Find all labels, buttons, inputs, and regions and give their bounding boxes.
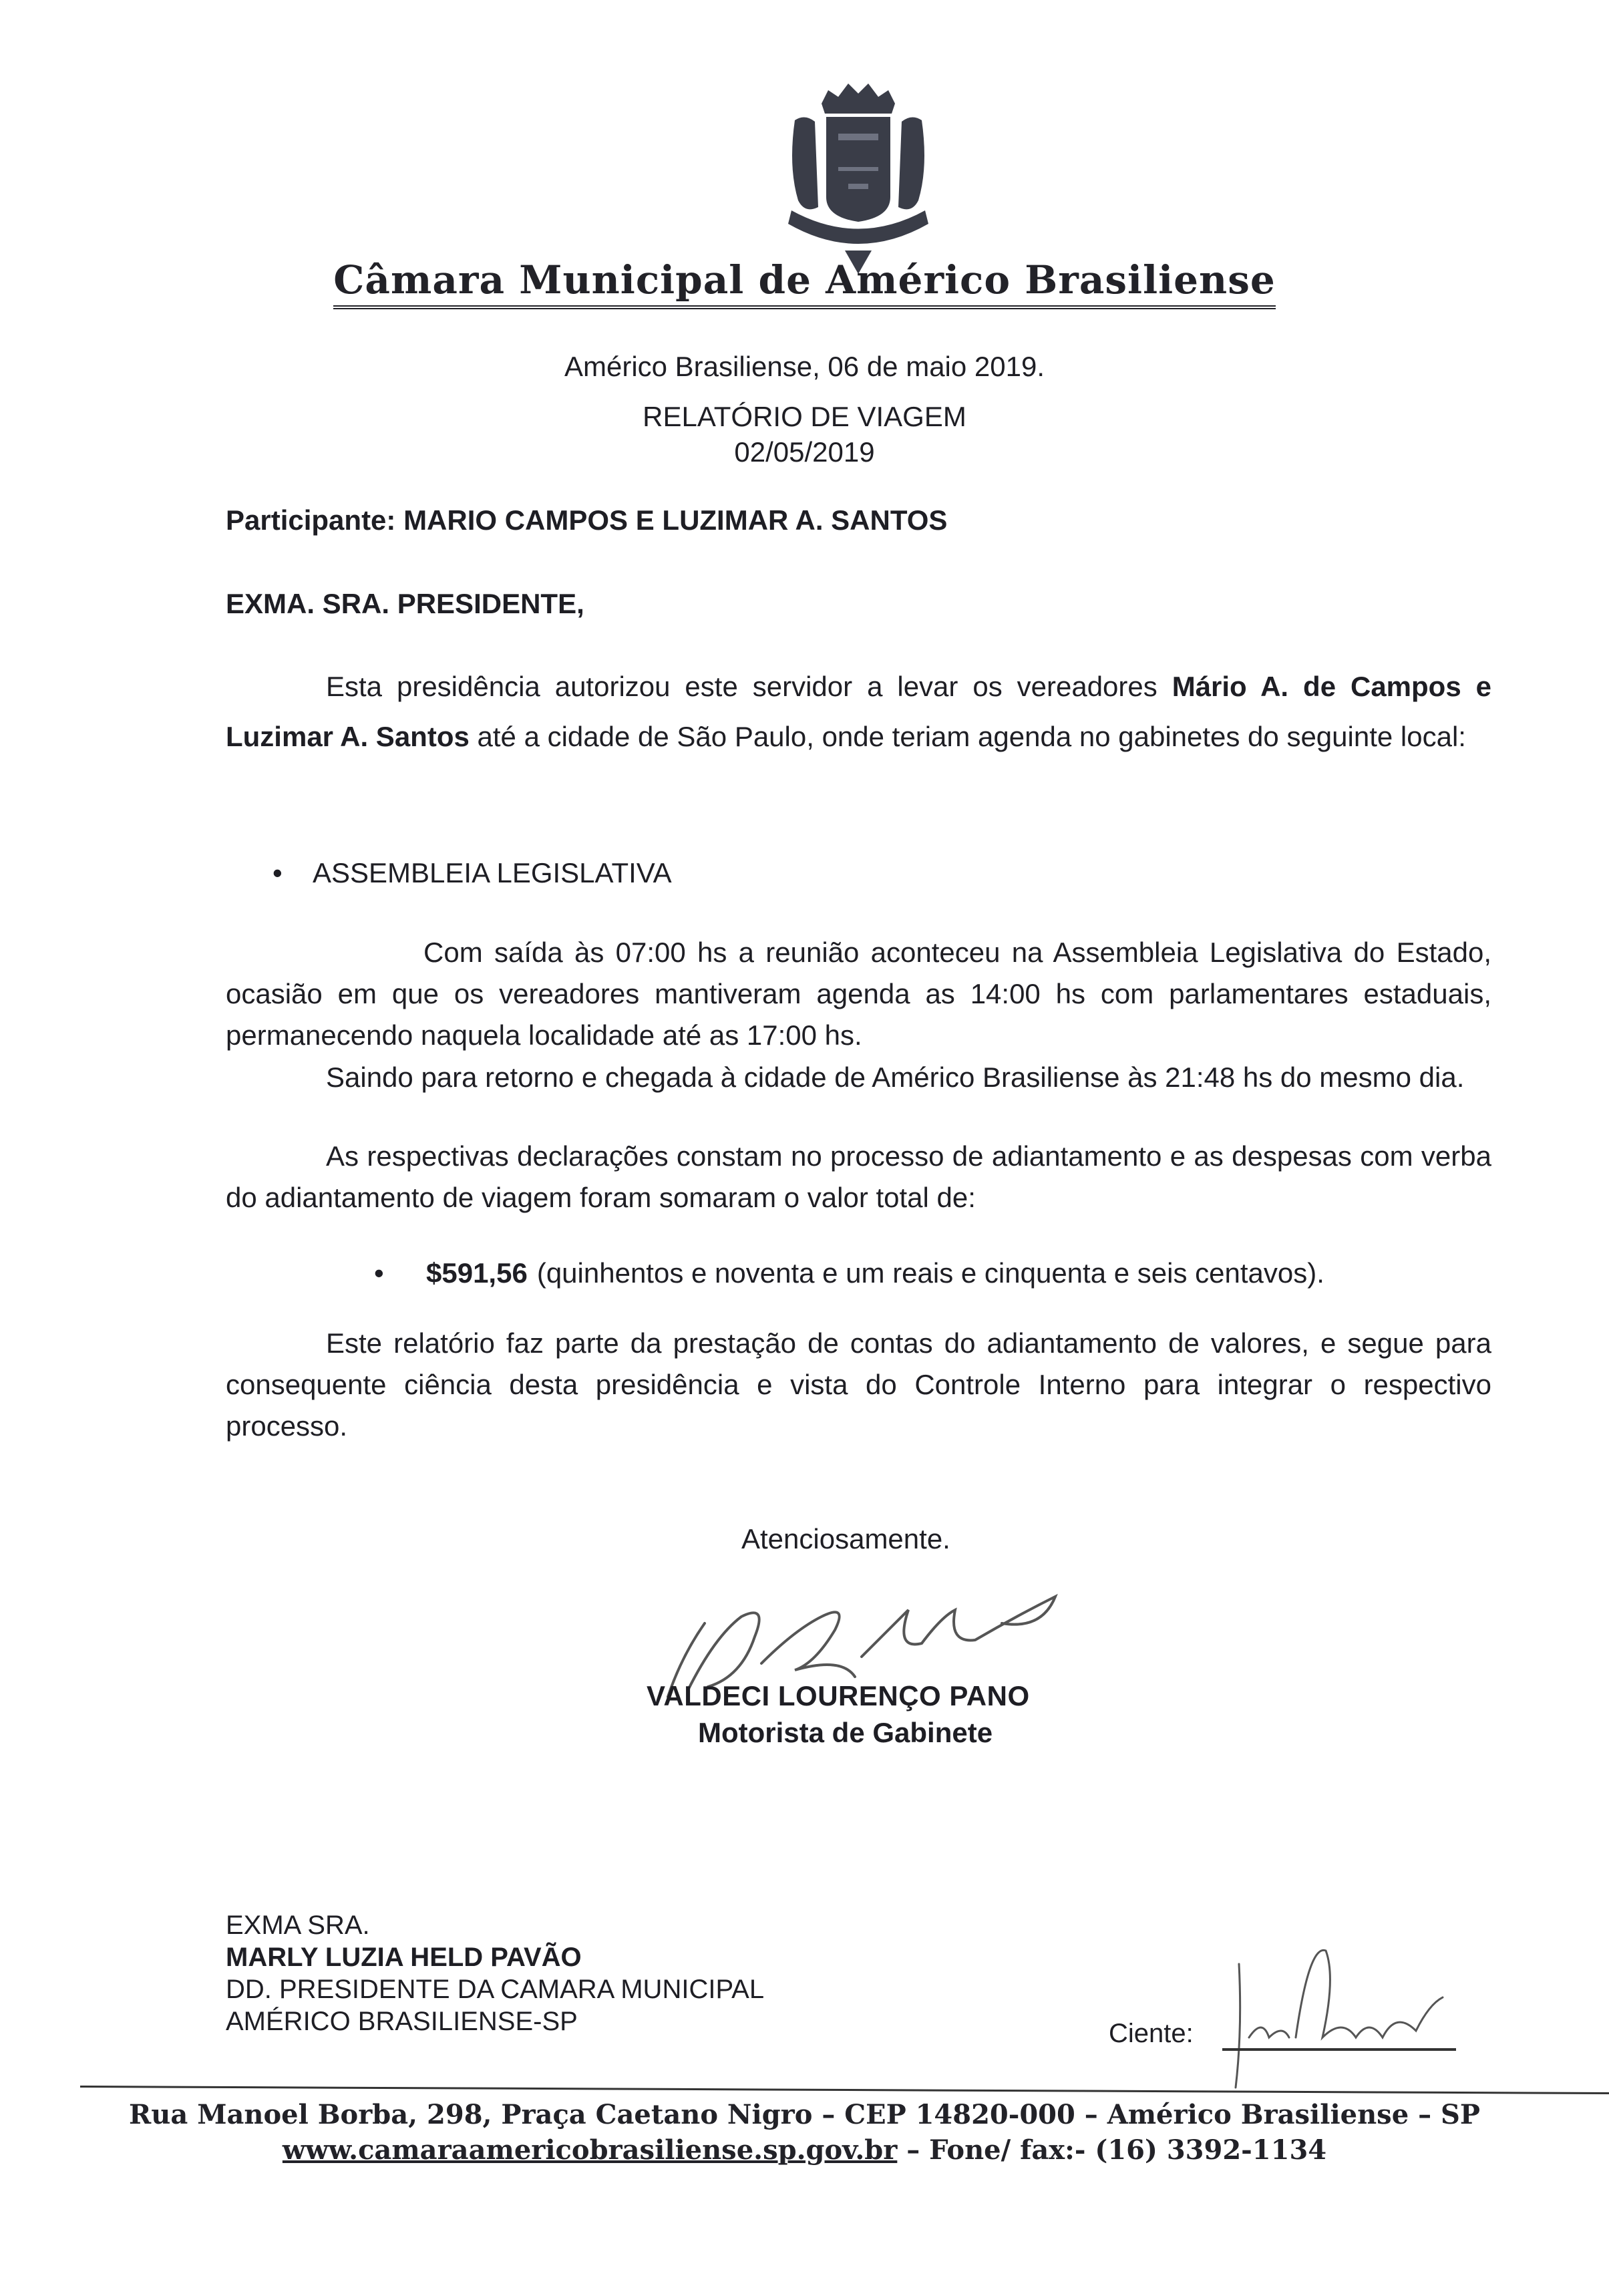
report-title: RELATÓRIO DE VIAGEM — [0, 401, 1609, 433]
paragraph-expenses: As respectivas declarações constam no pr… — [226, 1136, 1491, 1218]
addressee-name: MARLY LUZIA HELD PAVÃO — [226, 1943, 582, 1973]
list-item-text: ASSEMBLEIA LEGISLATIVA — [313, 857, 672, 888]
signer-name: VALDECI LOURENÇO PANO — [647, 1680, 1030, 1712]
paragraph-authorization: Esta presidência autorizou este servidor… — [226, 661, 1491, 762]
acknowledgement-label: Ciente: — [1109, 2019, 1194, 2049]
bullet-icon: • — [374, 1257, 426, 1289]
list-item-total-amount: •$591,56(quinhentos e noventa e um reais… — [374, 1257, 1324, 1289]
organization-title: Câmara Municipal de Américo Brasiliense — [0, 257, 1609, 303]
report-date: 02/05/2019 — [0, 436, 1609, 468]
footer-address: Rua Manoel Borba, 298, Praça Caetano Nig… — [0, 2099, 1609, 2130]
closing-text: Atenciosamente. — [741, 1523, 950, 1555]
addressee-city: AMÉRICO BRASILIENSE-SP — [226, 2007, 578, 2037]
footer-contact: www.camaraamericobrasiliense.sp.gov.br –… — [0, 2134, 1609, 2166]
signature-line — [1222, 2048, 1456, 2051]
phone-fax: – Fone/ fax:- (16) 3392-1134 — [897, 2134, 1326, 2166]
paragraph-conclusion: Este relatório faz parte da prestação de… — [226, 1323, 1491, 1447]
signer-role: Motorista de Gabinete — [698, 1717, 993, 1749]
website-link[interactable]: www.camaraamericobrasiliense.sp.gov.br — [283, 2134, 897, 2166]
paragraph-return: Saindo para retorno e chegada à cidade d… — [226, 1057, 1491, 1098]
municipal-coat-of-arms-icon — [765, 67, 952, 281]
acknowledgement-signature-icon — [1202, 1937, 1483, 2091]
list-item-location: •ASSEMBLEIA LEGISLATIVA — [273, 857, 672, 889]
amount-in-words: (quinhentos e noventa e um reais e cinqu… — [537, 1257, 1324, 1289]
bullet-icon: • — [273, 857, 313, 889]
paragraph-schedule: Com saída às 07:00 hs a reunião acontece… — [226, 932, 1491, 1056]
total-amount: $591,56 — [426, 1257, 528, 1289]
paragraph-text: Esta presidência autorizou este servidor… — [326, 671, 1172, 702]
date-line: Américo Brasiliense, 06 de maio 2019. — [0, 351, 1609, 383]
addressee-title: EXMA SRA. — [226, 1911, 370, 1941]
salutation: EXMA. SRA. PRESIDENTE, — [226, 588, 584, 620]
participants-line: Participante: MARIO CAMPOS E LUZIMAR A. … — [226, 504, 947, 536]
paragraph-text: até a cidade de São Paulo, onde teriam a… — [470, 721, 1466, 752]
addressee-position: DD. PRESIDENTE DA CAMARA MUNICIPAL — [226, 1975, 764, 2005]
